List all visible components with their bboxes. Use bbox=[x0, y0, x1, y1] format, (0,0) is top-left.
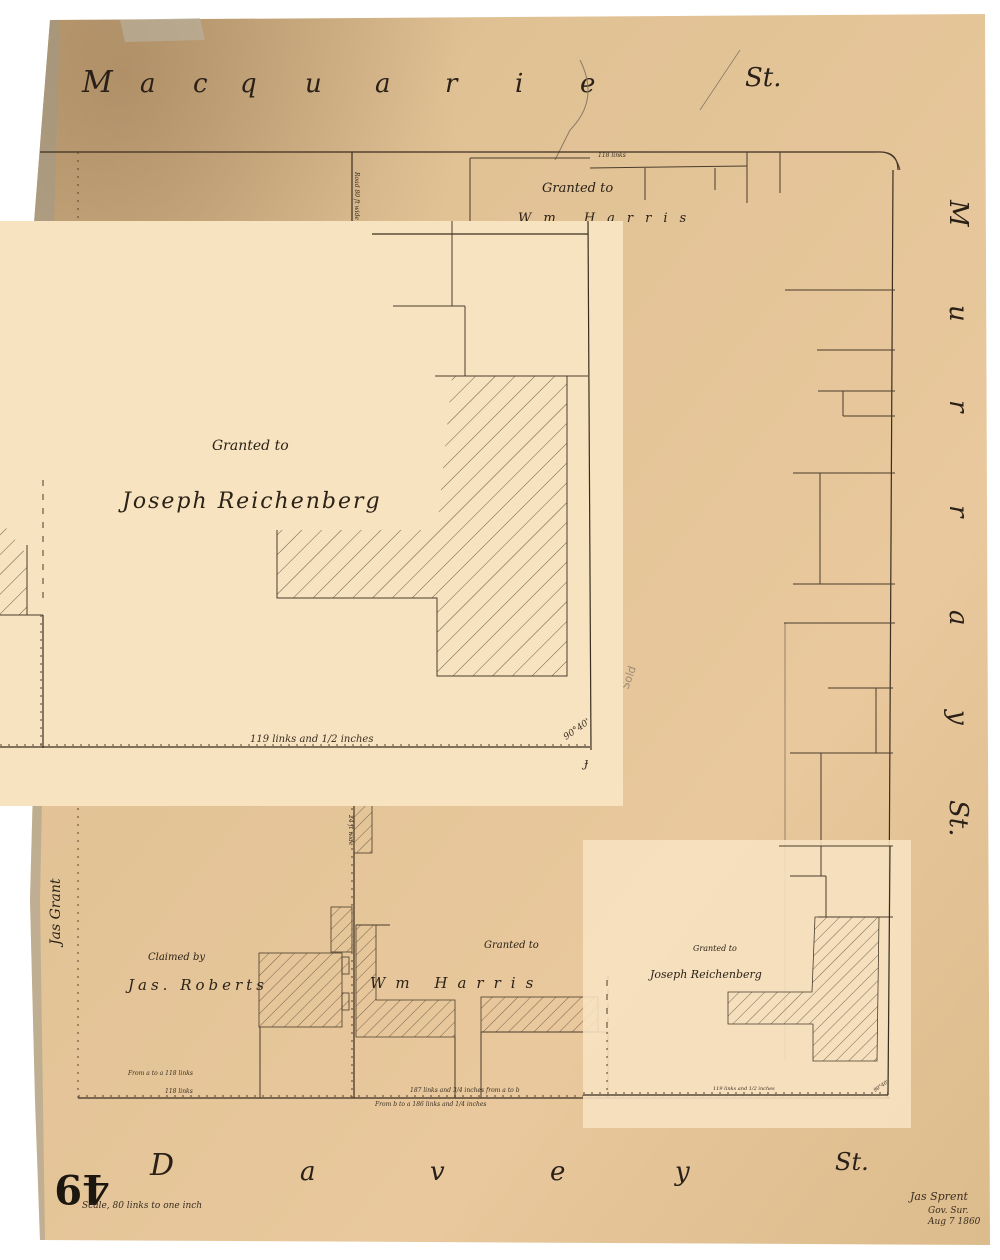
inset-small: Granted to Joseph Reichenberg 119 links … bbox=[583, 840, 911, 1128]
street-letter: M bbox=[943, 199, 973, 228]
street-letter: St. bbox=[943, 800, 973, 837]
street-letter: a bbox=[300, 1157, 316, 1187]
inset-large-heading: Granted to bbox=[212, 438, 289, 454]
street-letter: y bbox=[674, 1157, 690, 1187]
left-margin-label: Jas Grant bbox=[48, 878, 64, 948]
scale-note: Scale, 80 links to one inch bbox=[82, 1201, 202, 1211]
street-letter: a bbox=[140, 69, 156, 99]
svg-text:Jas Sprent: Jas Sprent bbox=[908, 1190, 969, 1203]
street-letter: a bbox=[943, 610, 973, 626]
lot-heading: Granted to bbox=[484, 940, 539, 951]
street-letter: u bbox=[943, 305, 973, 322]
svg-text:Gov. Sur.: Gov. Sur. bbox=[928, 1206, 969, 1216]
road-width-note: Road 80 ft wide bbox=[353, 171, 360, 220]
street-letter: c bbox=[193, 69, 208, 99]
street-letter: r bbox=[943, 400, 973, 414]
street-letter: q bbox=[240, 69, 257, 99]
lot-measure: 118 links bbox=[165, 1088, 193, 1095]
street-letter: e bbox=[550, 1157, 565, 1187]
inset-large-measure: 119 links and 1/2 inches bbox=[250, 734, 373, 745]
inset-large: ɟ Granted to Joseph Reichenberg 119 link… bbox=[0, 221, 623, 806]
street-letter: i bbox=[515, 69, 523, 99]
lot-measure: From b to a 186 links and 1/4 inches bbox=[374, 1101, 486, 1108]
street-letter: St. bbox=[745, 63, 782, 93]
lot-measure: 187 links and 3/4 inches from a to b bbox=[410, 1087, 520, 1094]
street-letter: y bbox=[943, 709, 973, 725]
inset-small-measure: 119 links and 1/2 inches bbox=[713, 1086, 775, 1092]
inset-large-owner: Joseph Reichenberg bbox=[118, 489, 382, 514]
street-letter: a bbox=[375, 69, 391, 99]
street-letter: M bbox=[81, 65, 114, 100]
lot-heading: Claimed by bbox=[148, 952, 205, 963]
lot-heading: Granted to bbox=[542, 181, 613, 196]
lot-owner: Jas. Roberts bbox=[125, 976, 268, 994]
street-letter: r bbox=[943, 505, 973, 519]
street-letter: r bbox=[445, 69, 459, 99]
lot-owner: Wm Harris bbox=[370, 974, 543, 992]
inset-small-owner: Joseph Reichenberg bbox=[648, 968, 762, 981]
street-letter: D bbox=[149, 1148, 174, 1183]
map-viewer: M a c q u a r i e St. M u r r a y St. D … bbox=[0, 0, 1000, 1260]
inset-small-heading: Granted to bbox=[693, 944, 737, 953]
road-width-note-2: 24 ft wide bbox=[347, 814, 354, 846]
street-letter: u bbox=[305, 69, 322, 99]
street-letter: v bbox=[430, 1157, 445, 1187]
street-letter: St. bbox=[835, 1148, 869, 1176]
lot-measure: From a to a 118 links bbox=[127, 1070, 193, 1077]
svg-text:Aug 7 1860: Aug 7 1860 bbox=[927, 1217, 981, 1227]
survey-map: M a c q u a r i e St. M u r r a y St. D … bbox=[0, 0, 1000, 1260]
lot-measure: 118 links bbox=[598, 152, 626, 159]
